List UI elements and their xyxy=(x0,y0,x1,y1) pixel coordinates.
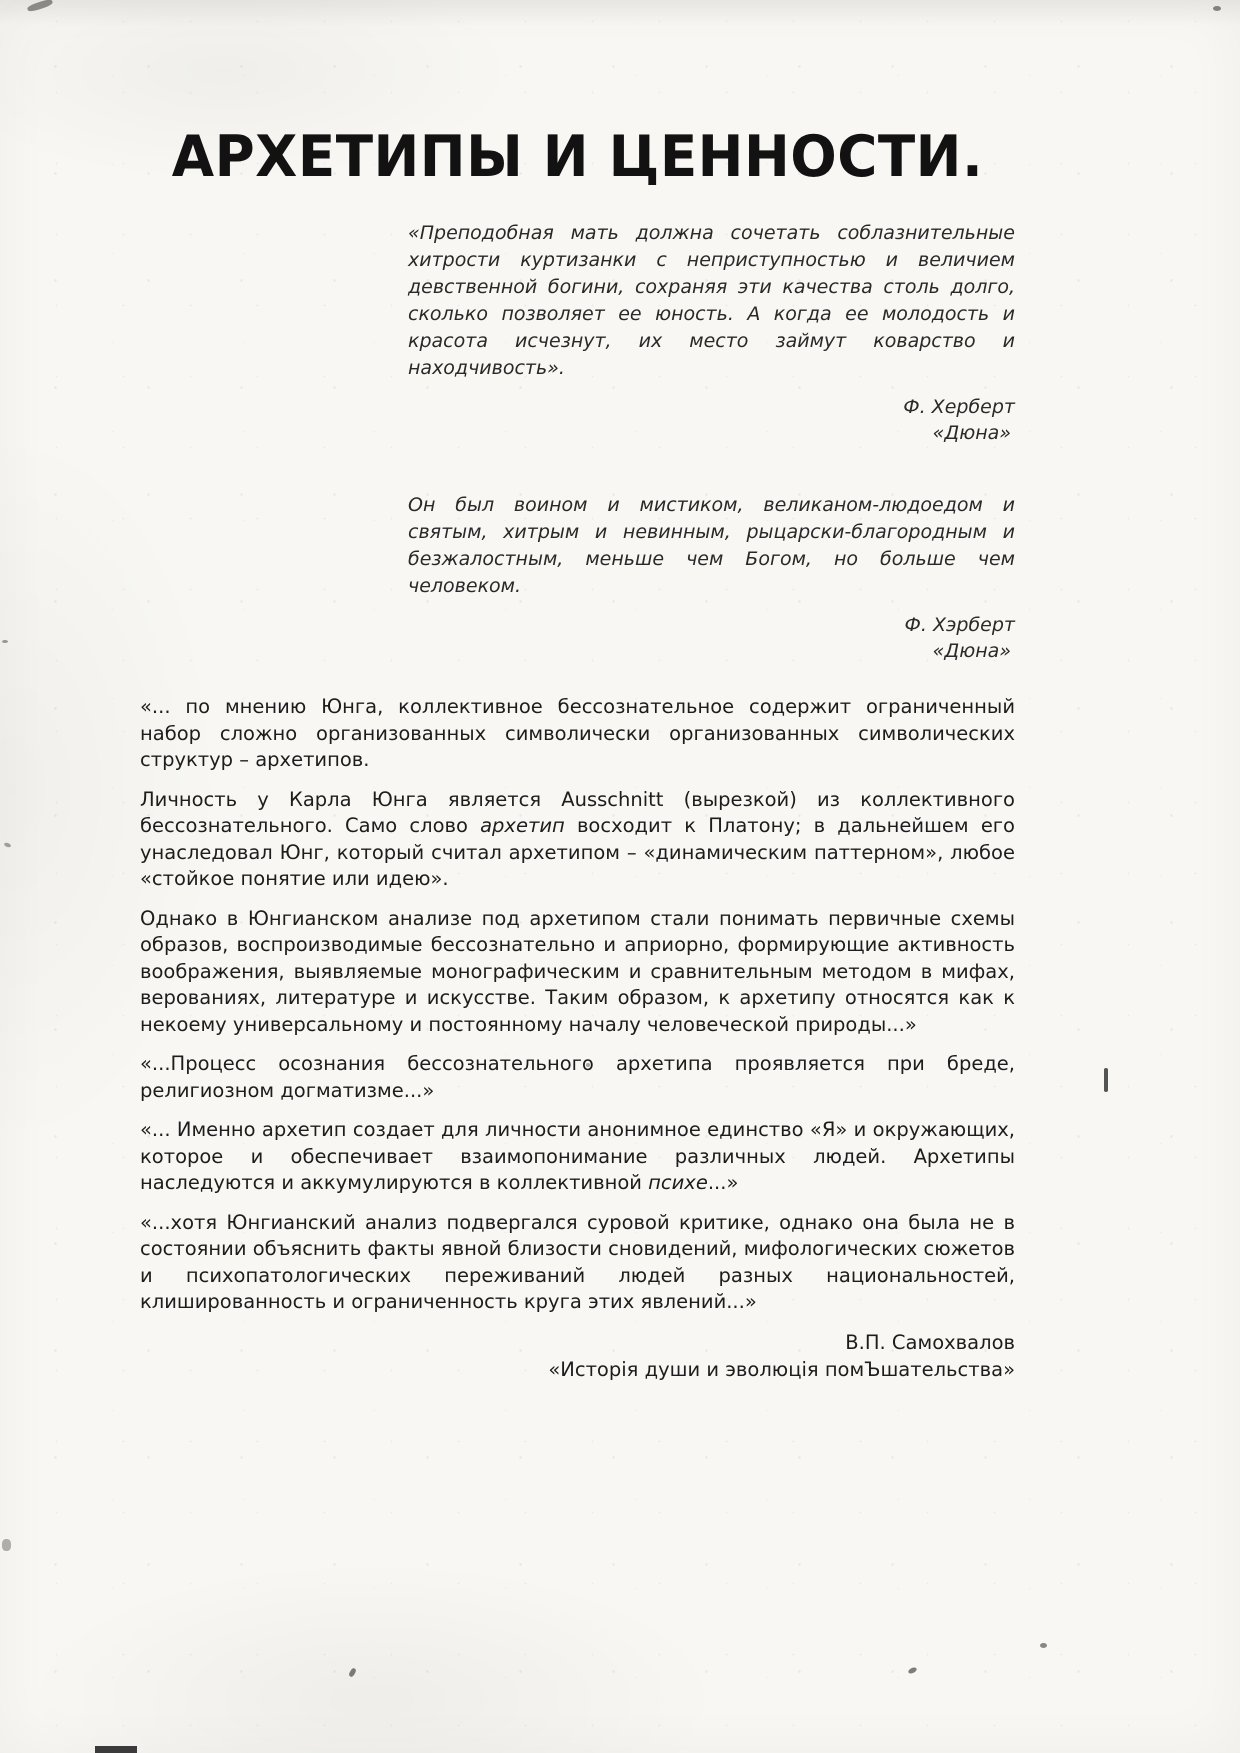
document-content: АРХЕТИПЫ И ЦЕННОСТИ. «Преподобная мать д… xyxy=(140,0,1015,1383)
scan-speck xyxy=(2,1539,11,1551)
page-title: АРХЕТИПЫ И ЦЕННОСТИ. xyxy=(158,124,998,190)
scan-speck xyxy=(1104,1068,1108,1092)
epigraph-first: «Преподобная мать должна сочетать соблаз… xyxy=(408,220,1015,446)
closing-author: В.П. Самохвалов xyxy=(140,1329,1015,1356)
scan-speck xyxy=(95,1746,137,1753)
closing-source: «Исторія души и эволюція помЪшательства» xyxy=(140,1356,1015,1383)
epigraph-text: Он был воином и мистиком, великаном-людо… xyxy=(408,492,1015,600)
body-paragraph: «...хотя Юнгианский анализ подвергался с… xyxy=(140,1210,1015,1316)
body-paragraph: «... Именно архетип создает для личности… xyxy=(140,1117,1015,1197)
epigraph-author: Ф. Херберт xyxy=(408,394,1015,420)
paragraph-segment: «...хотя Юнгианский анализ подвергался с… xyxy=(140,1211,1015,1314)
scan-speck xyxy=(1040,1643,1047,1648)
epigraph-second: Он был воином и мистиком, великаном-людо… xyxy=(408,492,1015,664)
scan-speck xyxy=(348,1667,357,1677)
epigraph-source: «Дюна» xyxy=(408,420,1015,446)
closing-attribution: В.П. Самохвалов «Исторія души и эволюція… xyxy=(140,1329,1015,1383)
italic-term: психе xyxy=(648,1171,708,1194)
paragraph-segment: Однако в Юнгианском анализе под архетипо… xyxy=(140,907,1015,1036)
body-paragraph: «...Процесс осознания бессознательного а… xyxy=(140,1051,1015,1104)
paragraph-segment: «...Процесс осознания бессознательного а… xyxy=(140,1052,1015,1102)
paragraph-segment: «... по мнению Юнга, коллективное бессоз… xyxy=(140,695,1015,771)
scan-speck xyxy=(27,0,54,13)
epigraph-source: «Дюна» xyxy=(408,638,1015,664)
epigraph-author: Ф. Хэрберт xyxy=(408,612,1015,638)
epigraph-text: «Преподобная мать должна сочетать соблаз… xyxy=(408,220,1015,382)
italic-term: архетип xyxy=(480,814,565,837)
scan-speck xyxy=(4,842,12,848)
paragraph-segment: «... Именно архетип создает для личности… xyxy=(140,1118,1015,1194)
paragraph-segment: ...» xyxy=(708,1171,739,1194)
body-paragraph: Личность у Карла Юнга является Ausschnit… xyxy=(140,787,1015,893)
scanned-document-page: АРХЕТИПЫ И ЦЕННОСТИ. «Преподобная мать д… xyxy=(0,0,1240,1753)
body-paragraph: «... по мнению Юнга, коллективное бессоз… xyxy=(140,694,1015,774)
body-paragraph: Однако в Юнгианском анализе под архетипо… xyxy=(140,906,1015,1039)
scan-speck xyxy=(907,1666,917,1674)
scan-speck xyxy=(1213,6,1221,11)
scan-speck xyxy=(2,640,8,643)
body-text: «... по мнению Юнга, коллективное бессоз… xyxy=(140,694,1015,1316)
